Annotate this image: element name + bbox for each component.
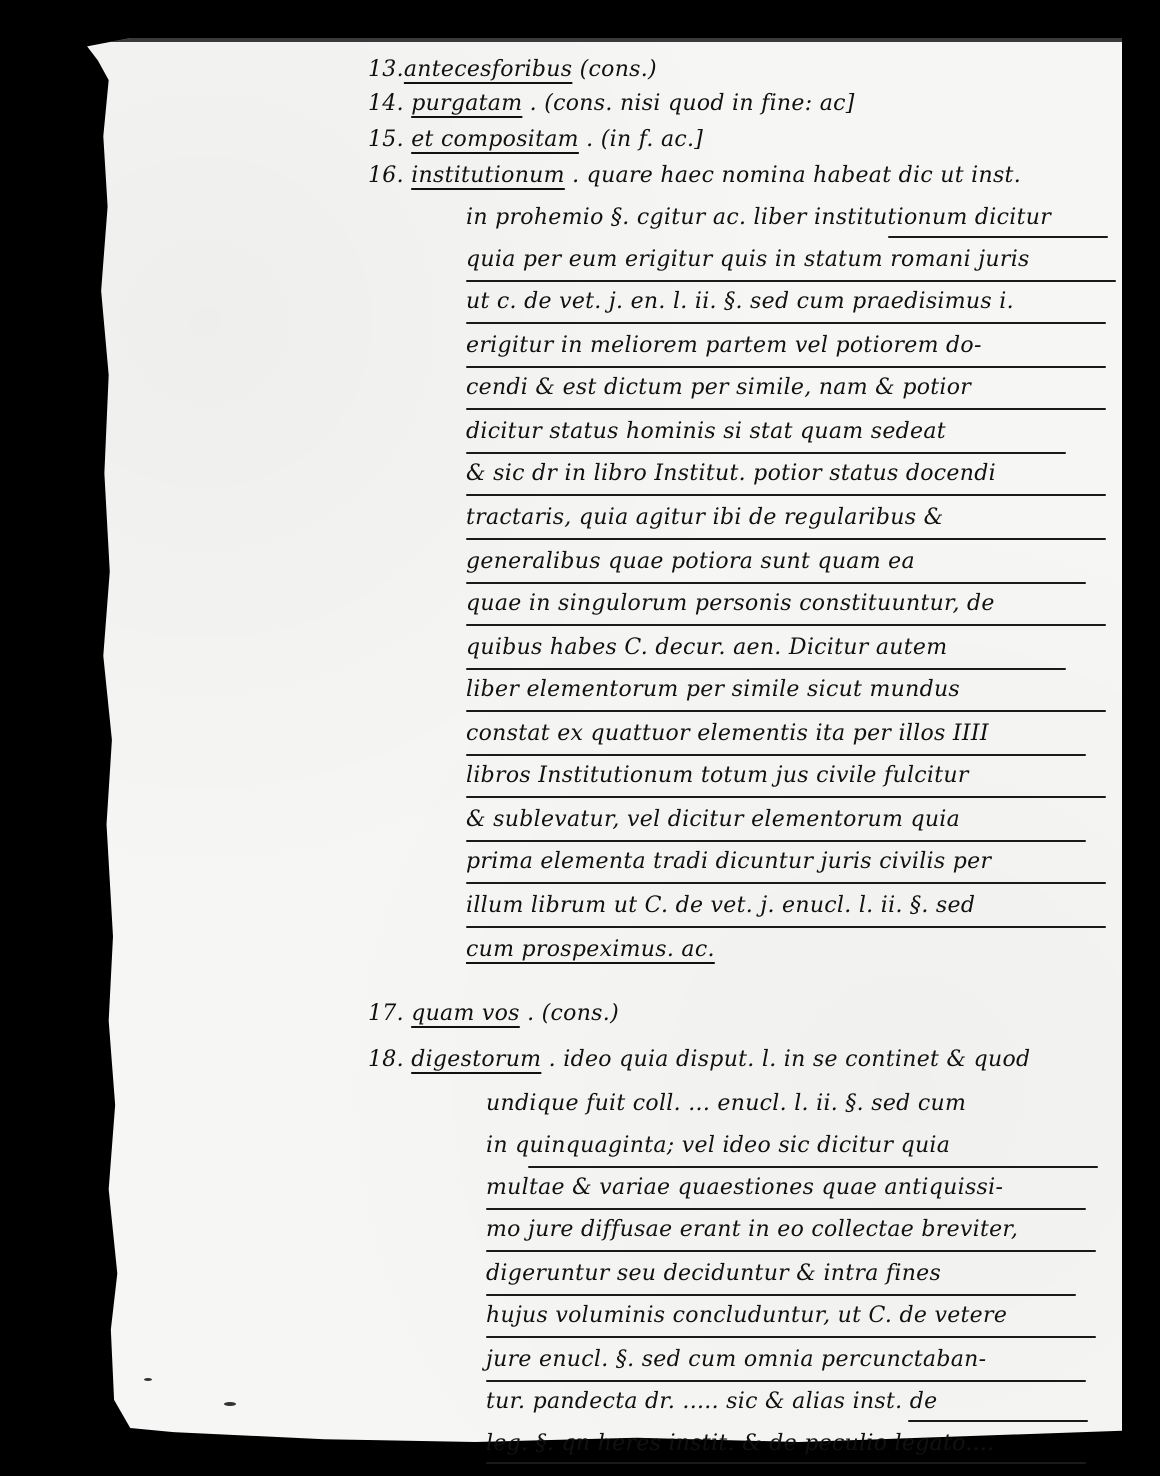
- underline-rule: [466, 840, 1086, 842]
- underline-rule: [486, 1208, 1086, 1210]
- entry-16-continuation: & sic dr in libro Institut. potior statu…: [466, 460, 996, 488]
- text-line: in prohemio §. cgitur ac. liber institut…: [466, 205, 1051, 230]
- underline-rule: [466, 624, 1106, 626]
- entry-text: . (cons. nisi quod in fine: ac]: [530, 91, 855, 116]
- underline-rule: [466, 322, 1106, 324]
- entry-headword: digestorum: [411, 1047, 541, 1072]
- underline-rule: [528, 1166, 1098, 1168]
- entry-text: . quare haec nomina habeat dic ut inst.: [572, 163, 1021, 188]
- entry-number: 15.: [368, 127, 404, 152]
- text-line: libros Institutionum totum jus civile fu…: [466, 763, 969, 788]
- text-line: quia per eum erigitur quis in statum rom…: [466, 247, 1030, 272]
- text-line: undique fuit coll. ... enucl. l. ii. §. …: [486, 1091, 966, 1116]
- underline-rule: [466, 882, 1106, 884]
- entry-16-line: 16. institutionum . quare haec nomina ha…: [368, 162, 1021, 190]
- text-line: mo jure diffusae erant in eo collectae b…: [486, 1217, 1018, 1242]
- ink-speck: [224, 1402, 236, 1406]
- entry-16-continuation: dicitur status hominis si stat quam sede…: [466, 418, 946, 446]
- text-line: ut c. de vet. j. en. l. ii. §. sed cum p…: [466, 289, 1014, 314]
- text-line: quae in singulorum personis constituuntu…: [466, 591, 995, 616]
- entry-18-continuation: jure enucl. §. sed cum omnia percunctaba…: [486, 1346, 986, 1374]
- text-line: tractaris, quia agitur ibi de regularibu…: [466, 505, 944, 530]
- ink-speck: [144, 1378, 152, 1381]
- entry-headword: antecesforibus: [404, 57, 572, 82]
- entry-18-continuation: hujus voluminis concluduntur, ut C. de v…: [486, 1302, 1007, 1330]
- text-line: leg. §. qn heres instit. & de peculio le…: [486, 1431, 994, 1456]
- underline-rule: [466, 408, 1106, 410]
- entry-16-continuation: erigitur in meliorem partem vel potiorem…: [466, 332, 982, 360]
- entry-headword: quam vos: [411, 1001, 520, 1026]
- entry-18-continuation: multae & variae quaestiones quae antiqui…: [486, 1174, 1003, 1202]
- entry-18-continuation: undique fuit coll. ... enucl. l. ii. §. …: [486, 1090, 966, 1118]
- entry-headword: purgatam: [411, 91, 522, 116]
- text-line: liber elementorum per simile sicut mundu…: [466, 677, 960, 702]
- entry-14-line: 14. purgatam . (cons. nisi quod in fine:…: [368, 90, 855, 118]
- entry-16-continuation: quae in singulorum personis constituuntu…: [466, 590, 995, 618]
- entry-16-continuation: quia per eum erigitur quis in statum rom…: [466, 246, 1030, 274]
- underline-rule: [486, 1250, 1096, 1252]
- entry-16-continuation: prima elementa tradi dicuntur juris civi…: [466, 848, 991, 876]
- entry-text: . (in f. ac.]: [586, 127, 703, 152]
- text-line: generalibus quae potiora sunt quam ea: [466, 549, 915, 574]
- entry-18-continuation: tur. pandecta dr. ..... sic & alias inst…: [486, 1388, 937, 1416]
- text-line: in quinquaginta; vel ideo sic dicitur qu…: [486, 1133, 950, 1158]
- entry-15-line: 15. et compositam . (in f. ac.]: [368, 126, 703, 154]
- underline-rule: [466, 538, 1106, 540]
- entry-text: (cons.): [580, 57, 657, 82]
- entry-16-continuation: & sublevatur, vel dicitur elementorum qu…: [466, 806, 960, 834]
- entry-16-continuation: tractaris, quia agitur ibi de regularibu…: [466, 504, 944, 532]
- underline-rule: [466, 754, 1086, 756]
- entry-16-continuation: liber elementorum per simile sicut mundu…: [466, 676, 960, 704]
- entry-number: 13.: [368, 57, 404, 82]
- entry-number: 17.: [368, 1001, 404, 1026]
- entry-headword: et compositam: [411, 127, 579, 152]
- entry-17-line: 17. quam vos . (cons.): [368, 1000, 619, 1028]
- underline-rule: [466, 926, 1106, 928]
- underline-rule: [466, 494, 1106, 496]
- underline-rule: [486, 1380, 1086, 1382]
- text-line: quibus habes C. decur. aen. Dicitur aute…: [466, 635, 947, 660]
- entry-16-continuation: in prohemio §. cgitur ac. liber institut…: [466, 204, 1051, 232]
- underline-rule: [486, 1462, 1086, 1464]
- underline-rule: [466, 280, 1116, 282]
- text-line: tur. pandecta dr. ..... sic & alias inst…: [486, 1389, 937, 1414]
- entry-number: 16.: [368, 163, 404, 188]
- entry-18-continuation: digeruntur seu deciduntur & intra fines: [486, 1260, 941, 1288]
- entry-18-continuation: mo jure diffusae erant in eo collectae b…: [486, 1216, 1018, 1244]
- text-line: multae & variae quaestiones quae antiqui…: [486, 1175, 1003, 1200]
- entry-text: . (cons.): [527, 1001, 619, 1026]
- text-line: jure enucl. §. sed cum omnia percunctaba…: [486, 1347, 986, 1372]
- underline-rule: [466, 710, 1106, 712]
- entry-18-continuation: in quinquaginta; vel ideo sic dicitur qu…: [486, 1132, 950, 1160]
- text-line: erigitur in meliorem partem vel potiorem…: [466, 333, 982, 358]
- entry-number: 14.: [368, 91, 404, 116]
- entry-16-continuation: quibus habes C. decur. aen. Dicitur aute…: [466, 634, 947, 662]
- underline-rule: [486, 1294, 1076, 1296]
- entry-number: 18.: [368, 1047, 404, 1072]
- entry-16-continuation: ut c. de vet. j. en. l. ii. §. sed cum p…: [466, 288, 1014, 316]
- text-line: prima elementa tradi dicuntur juris civi…: [466, 849, 991, 874]
- underline-rule: [888, 236, 1108, 238]
- underline-rule: [466, 796, 1106, 798]
- underline-rule: [466, 452, 1066, 454]
- underline-rule: [466, 668, 1066, 670]
- entry-16-continuation: illum librum ut C. de vet. j. enucl. l. …: [466, 892, 975, 920]
- text-line: hujus voluminis concluduntur, ut C. de v…: [486, 1303, 1007, 1328]
- underline-rule: [908, 1420, 1088, 1422]
- text-line: & sublevatur, vel dicitur elementorum qu…: [466, 807, 960, 832]
- entry-text: . ideo quia disput. l. in se continet & …: [549, 1047, 1031, 1072]
- underline-rule: [466, 366, 1106, 368]
- text-line: cendi & est dictum per simile, nam & pot…: [466, 375, 971, 400]
- text-line: constat ex quattuor elementis ita per il…: [466, 721, 989, 746]
- text-line: illum librum ut C. de vet. j. enucl. l. …: [466, 893, 975, 918]
- entry-headword: institutionum: [411, 163, 565, 188]
- text-line: cum prospeximus. ac.: [466, 937, 715, 962]
- text-line: dicitur status hominis si stat quam sede…: [466, 419, 946, 444]
- entry-16-continuation: cendi & est dictum per simile, nam & pot…: [466, 374, 971, 402]
- underline-rule: [466, 582, 1086, 584]
- text-line: digeruntur seu deciduntur & intra fines: [486, 1261, 941, 1286]
- underline-rule: [486, 1336, 1096, 1338]
- text-line: & sic dr in libro Institut. potior statu…: [466, 461, 996, 486]
- entry-16-continuation: cum prospeximus. ac.: [466, 936, 715, 964]
- entry-18-line: 18. digestorum . ideo quia disput. l. in…: [368, 1046, 1030, 1074]
- entry-13-line: 13.antecesforibus (cons.): [368, 56, 657, 84]
- entry-18-continuation: leg. §. qn heres instit. & de peculio le…: [486, 1430, 994, 1458]
- entry-16-continuation: constat ex quattuor elementis ita per il…: [466, 720, 989, 748]
- entry-16-continuation: generalibus quae potiora sunt quam ea: [466, 548, 915, 576]
- entry-16-continuation: libros Institutionum totum jus civile fu…: [466, 762, 969, 790]
